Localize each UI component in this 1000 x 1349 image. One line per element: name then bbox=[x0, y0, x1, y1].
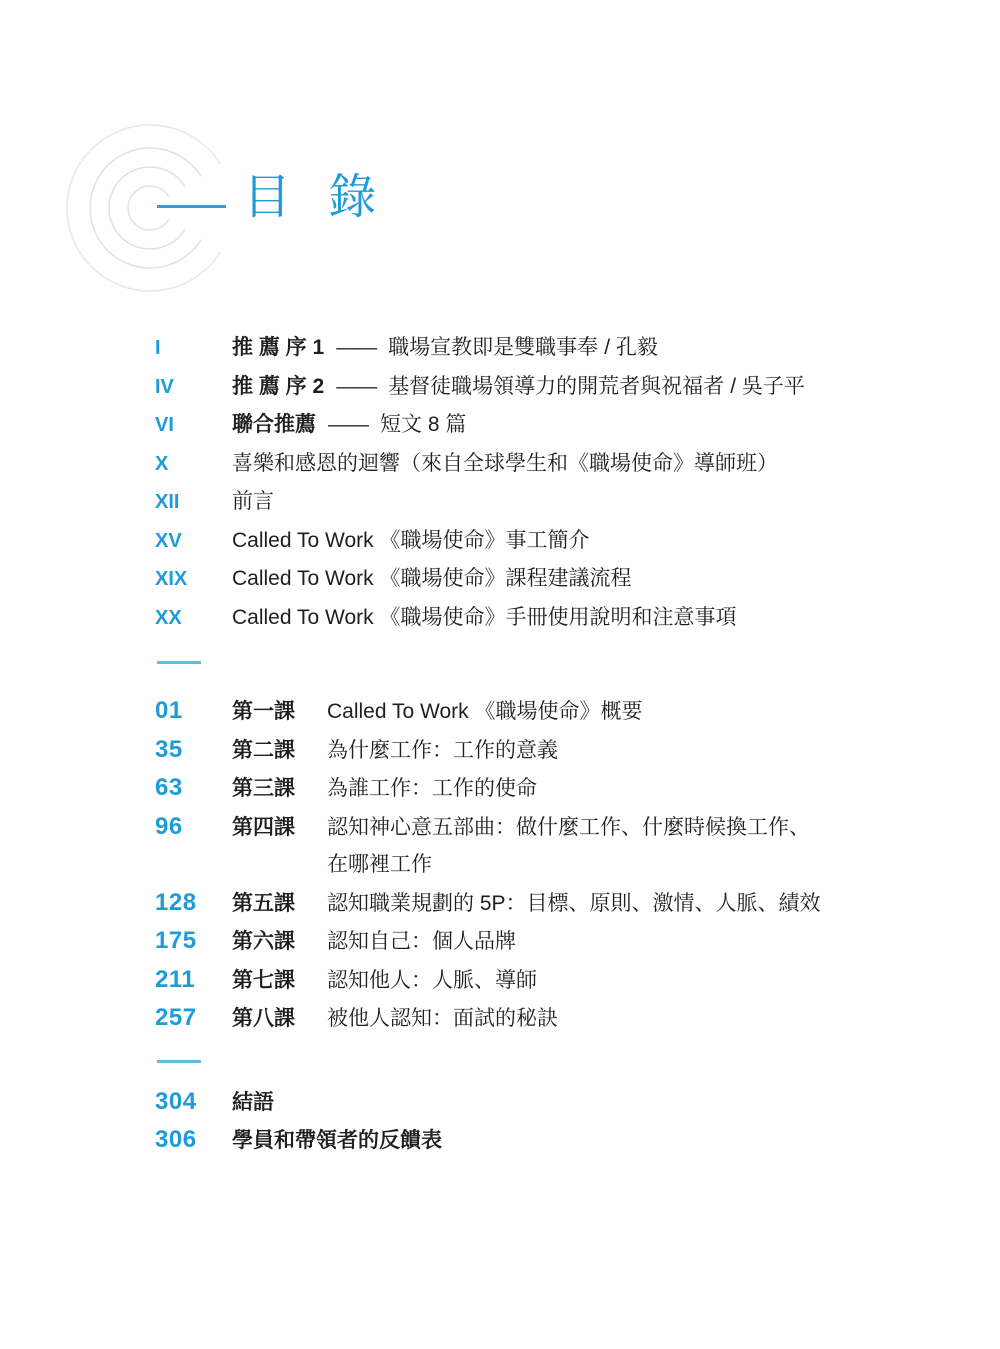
toc-row: 306 學員和帶領者的反饋表 bbox=[155, 1121, 935, 1160]
toc-row: X 喜樂和感恩的迴響（來自全球學生和《職場使命》導師班） bbox=[155, 445, 935, 484]
circle-arc-2 bbox=[109, 167, 185, 249]
page-number: IV bbox=[155, 369, 232, 407]
chapter-label: 第六課 bbox=[232, 923, 327, 961]
page-title: 目 錄 bbox=[243, 172, 388, 224]
toc-row: I 推 薦 序 1——職場宣教即是雙職事奉/ 孔毅 bbox=[155, 329, 935, 368]
dash: —— bbox=[336, 375, 376, 398]
toc-row: XIX Called To Work 《職場使命》課程建議流程 bbox=[155, 560, 935, 599]
page-number: 35 bbox=[155, 731, 232, 769]
page-number: 304 bbox=[155, 1083, 232, 1121]
entry-text: 學員和帶領者的反饋表 bbox=[232, 1122, 935, 1160]
page-number: VI bbox=[155, 407, 232, 445]
entry: 推 薦 序 1——職場宣教即是雙職事奉/ 孔毅 bbox=[232, 329, 935, 367]
page-number: XV bbox=[155, 523, 232, 561]
toc-row: XII 前言 bbox=[155, 483, 935, 522]
page-number: 96 bbox=[155, 808, 232, 846]
chapter-title: 認知神心意五部曲：做什麼工作、什麼時候換工作、 在哪裡工作 bbox=[327, 809, 935, 884]
toc-row: 01 第一課 Called To Work 《職場使命》概要 bbox=[155, 692, 935, 731]
chapter-label: 第七課 bbox=[232, 962, 327, 1000]
dash: —— bbox=[336, 336, 376, 359]
chapter-label: 第一課 bbox=[232, 693, 327, 731]
entry-text: 前言 bbox=[232, 483, 935, 521]
page-number: 257 bbox=[155, 999, 232, 1037]
toc-row: 96 第四課 認知神心意五部曲：做什麼工作、什麼時候換工作、 在哪裡工作 bbox=[155, 808, 935, 884]
toc-row: 63 第三課 為誰工作：工作的使命 bbox=[155, 769, 935, 808]
chapter-title: 認知自己：個人品牌 bbox=[327, 923, 935, 961]
chapters-section: 01 第一課 Called To Work 《職場使命》概要 35 第二課 為什… bbox=[155, 692, 935, 1038]
entry-label: 推 薦 序 1 bbox=[232, 336, 324, 359]
chapter-title: 被他人認知：面試的秘訣 bbox=[327, 1000, 935, 1038]
entry-label: 推 薦 序 2 bbox=[232, 375, 324, 398]
chapter-title: 為什麼工作：工作的意義 bbox=[327, 732, 935, 770]
toc-row: 211 第七課 認知他人：人脈、導師 bbox=[155, 961, 935, 1000]
entry-author: / 吳子平 bbox=[730, 375, 805, 398]
page-number: XX bbox=[155, 600, 232, 638]
back-matter-section: 304 結語 306 學員和帶領者的反饋表 bbox=[155, 1083, 935, 1160]
toc-row: 35 第二課 為什麼工作：工作的意義 bbox=[155, 731, 935, 770]
circle-arc-inner bbox=[128, 186, 169, 230]
entry-text: 短文 8 篇 bbox=[380, 413, 466, 436]
chapter-label: 第八課 bbox=[232, 1000, 327, 1038]
entry-label: 聯合推薦 bbox=[232, 413, 316, 436]
entry-text: Called To Work 《職場使命》手冊使用說明和注意事項 bbox=[232, 599, 935, 637]
toc-row: IV 推 薦 序 2——基督徒職場領導力的開荒者與祝福者/ 吳子平 bbox=[155, 368, 935, 407]
toc-row: VI 聯合推薦——短文 8 篇 bbox=[155, 406, 935, 445]
page-number: 01 bbox=[155, 692, 232, 730]
section-divider bbox=[157, 661, 201, 664]
page-number: I bbox=[155, 330, 232, 368]
toc-row: XV Called To Work 《職場使命》事工簡介 bbox=[155, 522, 935, 561]
front-matter-section: I 推 薦 序 1——職場宣教即是雙職事奉/ 孔毅 IV 推 薦 序 2——基督… bbox=[155, 329, 935, 637]
chapter-label: 第四課 bbox=[232, 809, 327, 847]
chapter-title: Called To Work 《職場使命》概要 bbox=[327, 693, 935, 731]
section-divider bbox=[157, 1060, 201, 1063]
dash: —— bbox=[328, 413, 368, 436]
page-number: 211 bbox=[155, 961, 232, 999]
page-number: 175 bbox=[155, 922, 232, 960]
circle-arc-3 bbox=[90, 148, 201, 268]
toc-row: 304 結語 bbox=[155, 1083, 935, 1122]
toc-row: 128 第五課 認知職業規劃的 5P：目標、原則、激情、人脈、績效 bbox=[155, 884, 935, 923]
page-number: 63 bbox=[155, 769, 232, 807]
entry-author: / 孔毅 bbox=[604, 336, 658, 359]
page-number: XII bbox=[155, 484, 232, 522]
chapter-title: 為誰工作：工作的使命 bbox=[327, 770, 935, 808]
entry: 推 薦 序 2——基督徒職場領導力的開荒者與祝福者/ 吳子平 bbox=[232, 368, 935, 406]
entry-text: 基督徒職場領導力的開荒者與祝福者 bbox=[388, 375, 724, 398]
entry-text: 職場宣教即是雙職事奉 bbox=[388, 336, 598, 359]
toc-row: 257 第八課 被他人認知：面試的秘訣 bbox=[155, 999, 935, 1038]
toc-row: XX Called To Work 《職場使命》手冊使用說明和注意事項 bbox=[155, 599, 935, 638]
chapter-label: 第三課 bbox=[232, 770, 327, 808]
entry-text: 喜樂和感恩的迴響（來自全球學生和《職場使命》導師班） bbox=[232, 445, 935, 483]
toc-row: 175 第六課 認知自己：個人品牌 bbox=[155, 922, 935, 961]
entry-text: Called To Work 《職場使命》課程建議流程 bbox=[232, 560, 935, 598]
title-rule bbox=[157, 205, 226, 208]
page-number: XIX bbox=[155, 561, 232, 599]
chapter-title: 認知職業規劃的 5P：目標、原則、激情、人脈、績效 bbox=[327, 885, 935, 923]
entry-text: 結語 bbox=[232, 1084, 935, 1122]
page-number: 128 bbox=[155, 884, 232, 922]
entry: 聯合推薦——短文 8 篇 bbox=[232, 406, 935, 444]
table-of-contents: I 推 薦 序 1——職場宣教即是雙職事奉/ 孔毅 IV 推 薦 序 2——基督… bbox=[155, 329, 935, 1160]
chapter-label: 第二課 bbox=[232, 732, 327, 770]
entry-text: Called To Work 《職場使命》事工簡介 bbox=[232, 522, 935, 560]
chapter-title: 認知他人：人脈、導師 bbox=[327, 962, 935, 1000]
concentric-circles-logo bbox=[0, 0, 320, 320]
page-number: X bbox=[155, 446, 232, 484]
page-number: 306 bbox=[155, 1121, 232, 1159]
chapter-label: 第五課 bbox=[232, 885, 327, 923]
